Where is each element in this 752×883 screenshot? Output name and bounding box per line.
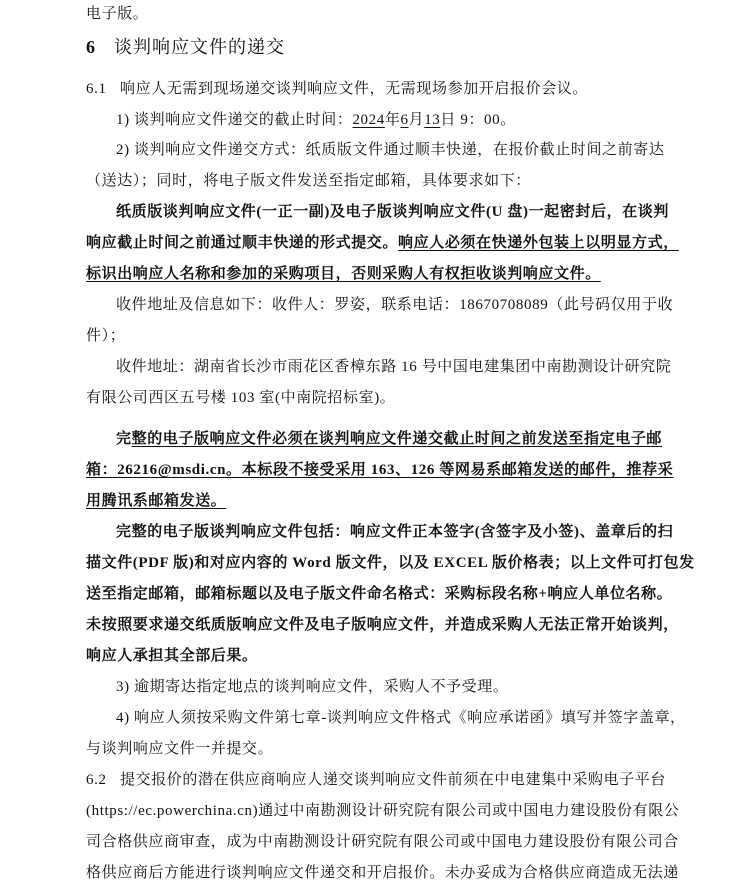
electronic-contents-line1: 完整的电子版谈判响应文件包括：响应文件正本签字(含签字及小签)、盖章后的扫 [116,522,673,542]
email-block-line2: 箱：26216@msdi.cn。本标段不接受采用 163、126 等网易系邮箱发… [86,460,673,480]
item-2-line2: （送达）；同时，将电子版文件发送至指定邮箱，具体要求如下： [86,171,531,191]
section-number: 6 [86,37,96,57]
deadline-month: 6 [400,110,408,130]
item-3: 3) 逾期寄达指定地点的谈判响应文件，采购人不予受理。 [116,677,508,697]
email-block-underlined: 整的电子版响应文件必须在谈判响应文件递交截止时间之前发送至指定电子邮 [132,431,662,447]
electronic-contents-line2: 描文件(PDF 版)和对应内容的 Word 版文件，以及 EXCEL 版价格表；… [86,553,695,573]
deadline-year: 2024 [352,110,384,130]
email-block-plain: 完 [116,431,132,447]
electronic-contents-line4: 未按照要求递交纸质版响应文件及电子版响应文件，并造成采购人无法正常开始谈判， [86,615,679,635]
item-4-line2: 与谈判响应文件一并提交。 [86,739,273,759]
item-4-line1: 4) 响应人须按采购文件第七章-谈判响应文件格式《响应承诺函》填写并签字盖章， [116,708,686,728]
email-block-line3: 用腾讯系邮箱发送。 [86,491,226,511]
month-suffix: 月 [409,112,425,128]
electronic-contents-line3: 送至指定邮箱，邮箱标题以及电子版文件命名格式：采购标段名称+响应人单位名称。 [86,584,672,604]
paper-block-line2: 响应截止时间之前通过顺丰快递的形式提交。响应人必须在快递外包装上以明显方式， [86,233,679,253]
deadline-label: 1) 谈判响应文件递交的截止时间： [116,112,352,128]
subsection-6-1: 6.1响应人无需到现场递交谈判响应文件，无需现场参加开启报价会议。 [86,79,588,99]
address-line2: 有限公司西区五号楼 103 室(中南院招标室)。 [86,388,395,408]
recipient-line2: 件）； [86,326,125,346]
address-line1: 收件地址：湖南省长沙市雨花区香樟东路 16 号中国电建集团中南勘测设计研究院 [116,357,671,377]
subsection-text: 响应人无需到现场递交谈判响应文件，无需现场参加开启报价会议。 [120,81,588,97]
subsection-6-2-line1: 6.2提交报价的潜在供应商响应人递交谈判响应文件前须在中电建集中采购电子平台 [86,770,666,790]
deadline-day: 13 [424,110,440,130]
subsection-6-2-line4: 格供应商后方能进行谈判响应文件递交和开启报价。未办妥成为合格供应商造成无法递 [86,863,679,883]
carryover-text: 电子版。 [86,4,148,24]
subsection-6-2-line2: (https://ec.powerchina.cn)通过中南勘测设计研究院有限公… [86,801,679,821]
paper-block-line3: 标识出响应人名称和参加的采购项目，否则采购人有权拒收谈判响应文件。 [86,264,601,284]
recipient-line1: 收件地址及信息如下：收件人：罗姿，联系电话：18670708089（此号码仅用于… [116,295,673,315]
day-suffix: 日 9：00。 [440,112,515,128]
year-suffix: 年 [385,112,401,128]
subsection-number: 6.1 [86,79,120,99]
subsection-text: 提交报价的潜在供应商响应人递交谈判响应文件前须在中电建集中采购电子平台 [120,772,666,788]
paper-block-line1: 纸质版谈判响应文件(一正一副)及电子版谈判响应文件(U 盘)一起密封后，在谈判 [116,202,669,222]
email-block-line1: 完整的电子版响应文件必须在谈判响应文件递交截止时间之前发送至指定电子邮 [116,429,662,449]
subsection-6-2-line3: 司合格供应商审查，成为中南勘测设计研究院有限公司或中国电力建设股份有限公司合 [86,832,679,852]
electronic-contents-line5: 响应人承担其全部后果。 [86,646,258,666]
item-2-line1: 2) 谈判响应文件递交方式：纸质版文件通过顺丰快递，在报价截止时间之前寄达 [116,140,664,160]
paper-block-plain: 响应截止时间之前通过顺丰快递的形式提交。 [86,235,398,251]
section-title: 谈判响应文件的递交 [114,37,285,57]
subsection-number: 6.2 [86,770,120,790]
item-1-deadline: 1) 谈判响应文件递交的截止时间： 2024 年6月13日 9：00。 [116,110,516,130]
section-heading: 6谈判响应文件的递交 [86,37,285,57]
paper-block-underlined: 响应人必须在快递外包装上以明显方式， [398,235,679,251]
